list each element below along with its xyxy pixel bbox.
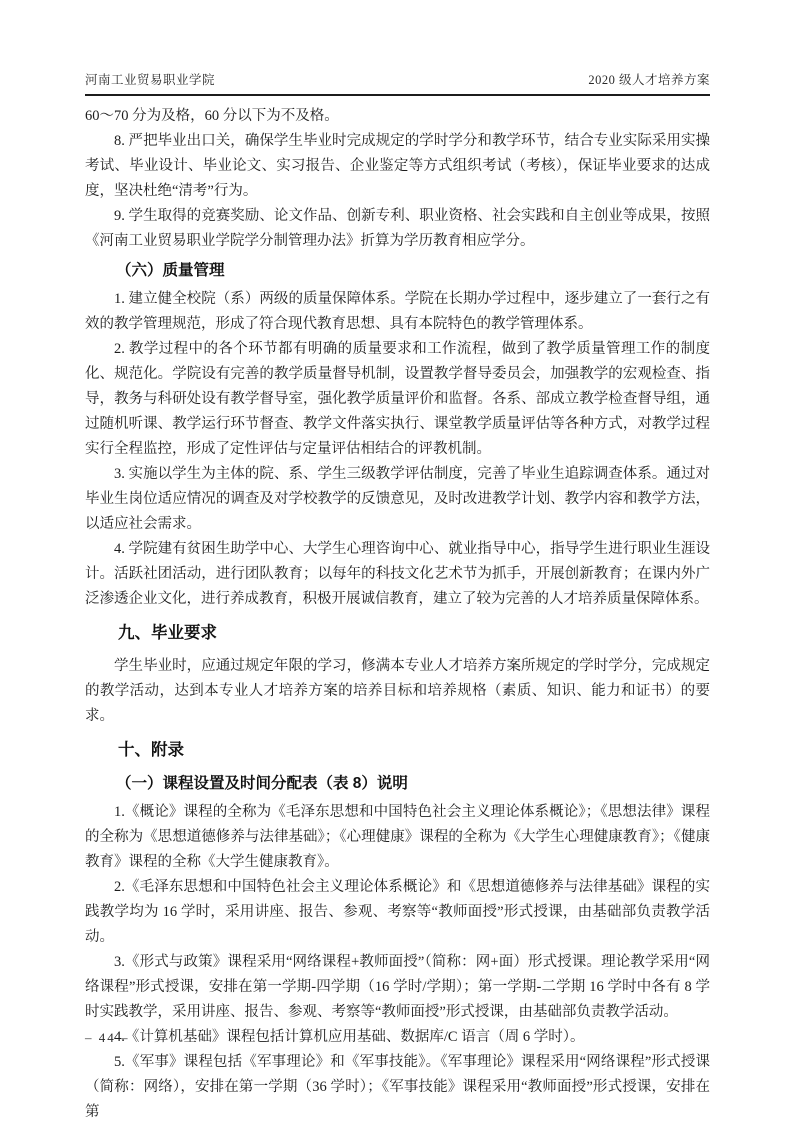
- page-footer: – 44 –: [85, 1030, 130, 1046]
- para-note-4: 4.《计算机基础》课程包括计算机应用基础、数据库/C 语言（周 6 学时）。: [85, 1025, 710, 1050]
- para-note-1: 1.《概论》课程的全称为《毛泽东思想和中国特色社会主义理论体系概论》；《思想法律…: [85, 800, 710, 875]
- para-item-9: 9. 学生取得的竞赛奖励、论文作品、创新专利、职业资格、社会实践和自主创业等成果…: [85, 204, 710, 254]
- heading-quality-management: （六）质量管理: [85, 258, 710, 284]
- heading-course-table-notes: （一）课程设置及时间分配表（表 8）说明: [85, 771, 710, 797]
- page-header: 河南工业贸易职业学院 2020 级人才培养方案: [85, 70, 710, 96]
- para-quality-3: 3. 实施以学生为主体的院、系、学生三级教学评估制度，完善了毕业生追踪调查体系。…: [85, 462, 710, 537]
- para-quality-4: 4. 学院建有贫困生助学中心、大学生心理咨询中心、就业指导中心，指导学生进行职业…: [85, 537, 710, 612]
- para-note-2: 2.《毛泽东思想和中国特色社会主义理论体系概论》和《思想道德修养与法律基础》课程…: [85, 875, 710, 950]
- para-item-8: 8. 严把毕业出口关，确保学生毕业时完成规定的学时学分和教学环节，结合专业实际采…: [85, 129, 710, 204]
- page-number: – 44 –: [85, 1030, 130, 1045]
- para-graduation: 学生毕业时，应通过规定年限的学习，修满本专业人才培养方案所规定的学时学分，完成规…: [85, 654, 710, 729]
- para-note-3: 3.《形式与政策》课程采用“网络课程+教师面授”（简称：网+面）形式授课。理论教…: [85, 950, 710, 1025]
- document-page: 河南工业贸易职业学院 2020 级人才培养方案 60～70 分为及格，60 分以…: [0, 0, 793, 1122]
- para-grade-scale: 60～70 分为及格，60 分以下为不及格。: [85, 104, 710, 129]
- header-plan-title: 2020 级人才培养方案: [588, 70, 710, 88]
- para-quality-2: 2. 教学过程中的各个环节都有明确的质量要求和工作流程，做到了教学质量管理工作的…: [85, 337, 710, 462]
- heading-appendix: 十、附录: [85, 737, 710, 763]
- heading-graduation-requirements: 九、毕业要求: [85, 620, 710, 646]
- para-quality-1: 1. 建立健全校院（系）两级的质量保障体系。学院在长期办学过程中，逐步建立了一套…: [85, 287, 710, 337]
- header-school-name: 河南工业贸易职业学院: [85, 70, 215, 88]
- para-note-5: 5.《军事》课程包括《军事理论》和《军事技能》。《军事理论》课程采用“网络课程”…: [85, 1050, 710, 1122]
- document-content: 60～70 分为及格，60 分以下为不及格。8. 严把毕业出口关，确保学生毕业时…: [85, 96, 710, 1122]
